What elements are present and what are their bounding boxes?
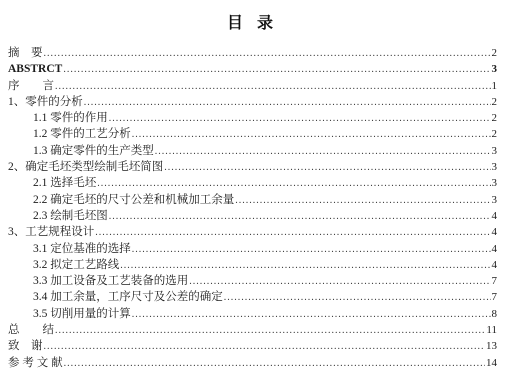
toc-entry-label: 3.1 定位基准的选择 (33, 241, 131, 257)
toc-entry-label: 序 言 (8, 78, 54, 94)
toc-entry[interactable]: 2.2 确定毛坯的尺寸公差和机械加工余量....................… (8, 192, 497, 208)
toc-leader-dots: ........................................… (97, 176, 490, 192)
toc-leader-dots: ........................................… (44, 46, 491, 62)
toc-page-number: 7 (492, 289, 498, 305)
toc-entry[interactable]: 3.4 加工余量，工序尺寸及公差的确定.....................… (8, 289, 497, 305)
toc-page-number: 2 (492, 94, 498, 110)
toc-leader-dots: ........................................… (84, 95, 491, 111)
toc-leader-dots: ........................................… (55, 323, 485, 339)
toc-entry-label: 3.2 拟定工艺路线 (33, 257, 119, 273)
toc-entry-label: 参 考 文 献 (8, 355, 63, 371)
toc-page-number: 3 (492, 143, 498, 159)
toc-entry-label: 1.1 零件的作用 (33, 110, 108, 126)
toc-entry-label: 致 谢 (8, 338, 43, 354)
toc-page-number: 4 (492, 224, 498, 240)
toc-entry[interactable]: 3.3 加工设备及工艺装备的选用........................… (8, 273, 497, 289)
toc-leader-dots: ........................................… (155, 144, 491, 160)
toc-page-number: 2 (492, 45, 498, 61)
toc-entry[interactable]: 序 言.....................................… (8, 78, 497, 94)
toc-page-number: 11 (486, 322, 497, 338)
toc-entry[interactable]: 总 结.....................................… (8, 322, 497, 338)
toc-entry[interactable]: 2.3 绘制毛坯图...............................… (8, 208, 497, 224)
toc-list: 摘 要.....................................… (8, 45, 497, 371)
toc-entry-label: 2.2 确定毛坯的尺寸公差和机械加工余量 (33, 192, 234, 208)
toc-page-number: 8 (492, 306, 498, 322)
toc-entry-label: ABSTRCT (8, 61, 62, 77)
toc-page-number: 3 (492, 175, 498, 191)
toc-leader-dots: ........................................… (95, 225, 490, 241)
toc-leader-dots: ........................................… (235, 193, 490, 209)
toc-entry-label: 3.3 加工设备及工艺装备的选用 (33, 273, 188, 289)
toc-entry-label: 1.2 零件的工艺分析 (33, 126, 131, 142)
toc-page-number: 2 (492, 126, 498, 142)
toc-entry-label: 3.5 切削用量的计算 (33, 306, 131, 322)
toc-leader-dots: ........................................… (44, 339, 486, 355)
toc-leader-dots: ........................................… (63, 62, 490, 78)
toc-entry[interactable]: 2、确定毛坯类型绘制毛坯简图..........................… (8, 159, 497, 175)
toc-page-number: 13 (486, 338, 497, 354)
toc-entry[interactable]: 1.3 确定零件的生产类型...........................… (8, 143, 497, 159)
toc-page-number: 1 (492, 78, 498, 94)
toc-leader-dots: ........................................… (189, 274, 490, 290)
toc-page-number: 4 (492, 208, 498, 224)
toc-entry[interactable]: 参 考 文 献.................................… (8, 355, 497, 371)
toc-entry-label: 3.4 加工余量，工序尺寸及公差的确定 (33, 289, 223, 305)
toc-leader-dots: ........................................… (109, 209, 491, 225)
toc-entry-label: 总 结 (8, 322, 54, 338)
toc-page-number: 2 (492, 110, 498, 126)
toc-entry-label: 2.3 绘制毛坯图 (33, 208, 108, 224)
toc-page-number: 3 (492, 192, 498, 208)
toc-page-number: 7 (492, 273, 498, 289)
toc-leader-dots: ........................................… (132, 307, 491, 323)
toc-page-number: 14 (486, 355, 497, 371)
toc-entry[interactable]: 1.2 零件的工艺分析.............................… (8, 126, 497, 142)
toc-page-number: 4 (492, 241, 498, 257)
toc-page-number: 3 (492, 61, 498, 77)
toc-leader-dots: ........................................… (164, 160, 490, 176)
toc-leader-dots: ........................................… (224, 290, 491, 306)
toc-entry[interactable]: 3.5 切削用量的计算.............................… (8, 306, 497, 322)
toc-leader-dots: ........................................… (120, 258, 490, 274)
toc-entry-label: 2.1 选择毛坯 (33, 175, 96, 191)
page-title: 目 录 (8, 14, 497, 34)
toc-leader-dots: ........................................… (64, 356, 485, 372)
toc-entry-label: 摘 要 (8, 45, 43, 61)
toc-leader-dots: ........................................… (109, 111, 491, 127)
toc-entry-label: 1、零件的分析 (8, 94, 83, 110)
toc-entry[interactable]: 2.1 选择毛坯................................… (8, 175, 497, 191)
toc-entry[interactable]: 1.1 零件的作用...............................… (8, 110, 497, 126)
document-page: 目 录 摘 要.................................… (0, 0, 512, 376)
toc-entry[interactable]: 1、零件的分析.................................… (8, 94, 497, 110)
toc-leader-dots: ........................................… (132, 242, 491, 258)
toc-leader-dots: ........................................… (55, 79, 491, 95)
toc-entry[interactable]: 3.1 定位基准的选择.............................… (8, 241, 497, 257)
toc-leader-dots: ........................................… (132, 127, 491, 143)
toc-entry[interactable]: 3、工艺规程设计................................… (8, 224, 497, 240)
toc-page-number: 4 (492, 257, 498, 273)
toc-entry[interactable]: ABSTRCT.................................… (8, 61, 497, 77)
toc-entry[interactable]: 致 谢.....................................… (8, 338, 497, 354)
toc-page-number: 3 (492, 159, 498, 175)
toc-entry[interactable]: 3.2 拟定工艺路线..............................… (8, 257, 497, 273)
toc-entry-label: 3、工艺规程设计 (8, 224, 94, 240)
toc-entry-label: 1.3 确定零件的生产类型 (33, 143, 154, 159)
toc-entry-label: 2、确定毛坯类型绘制毛坯简图 (8, 159, 163, 175)
toc-entry[interactable]: 摘 要.....................................… (8, 45, 497, 61)
